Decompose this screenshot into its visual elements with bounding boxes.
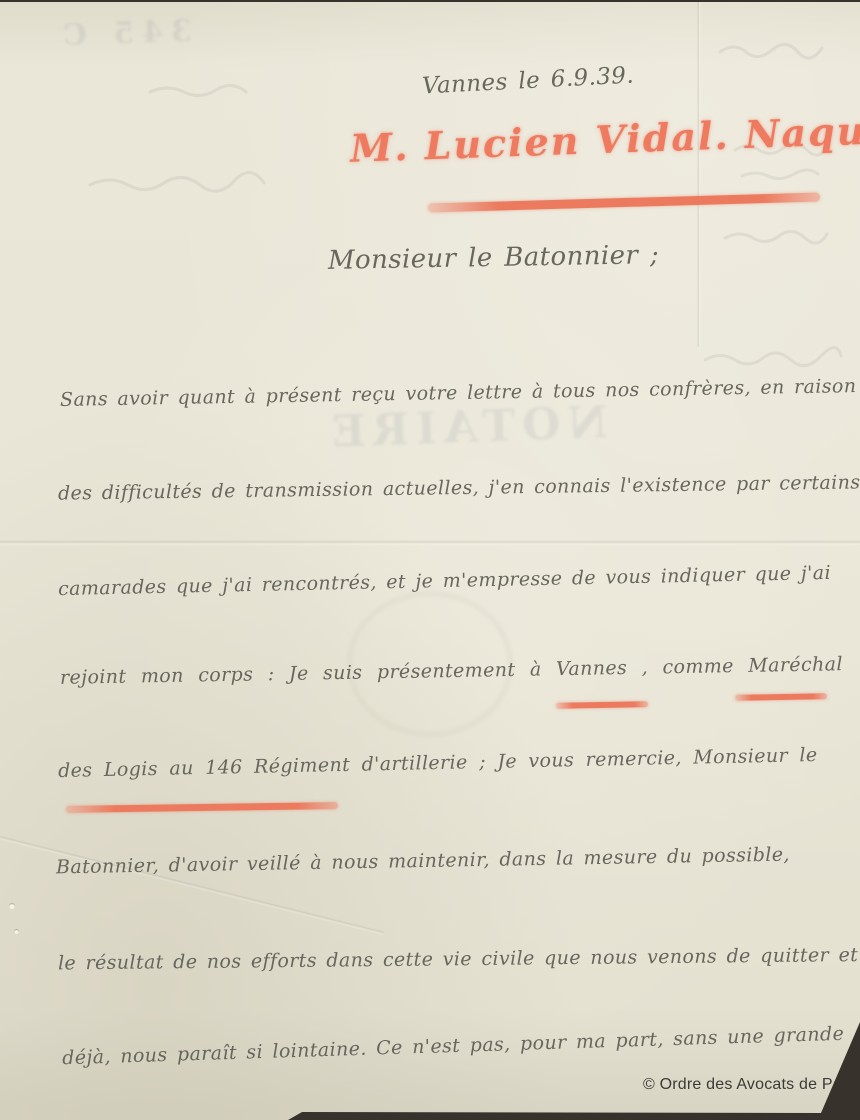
red-underline-vannes <box>556 701 648 709</box>
bleedthrough-mirrored-word: NOTAIRE <box>324 397 608 458</box>
horizontal-fold-crease <box>0 540 860 546</box>
letter-body-line: des difficultés de transmission actuelle… <box>58 471 860 504</box>
vertical-fold-crease <box>697 2 701 347</box>
pinhole <box>9 903 15 909</box>
letter-body-line: déjà, nous paraît si lointaine. Ce n'est… <box>62 1023 845 1070</box>
date-line: Vannes le 6.9.39. <box>421 62 634 99</box>
red-underline-marechal <box>735 693 827 701</box>
red-underline-regiment <box>66 802 338 813</box>
salutation-line: Monsieur le Batonnier ; <box>328 240 660 276</box>
letter-body-line: des Logis au 146 Régiment d'artillerie ;… <box>58 744 818 782</box>
letter-paper: 345 C NOTAIRE Vannes le 6.9.39. M. Lucie… <box>0 0 860 1120</box>
scanned-letter-page: 345 C NOTAIRE Vannes le 6.9.39. M. Lucie… <box>0 0 860 1120</box>
red-crayon-annotation: M. Lucien Vidal. Naquet <box>349 106 860 171</box>
copyright-credit: © Ordre des Avocats de Paris <box>643 1076 859 1094</box>
letter-body-line: Batonnier, d'avoir veillé à nous mainten… <box>56 844 790 879</box>
bleedthrough-stamp-digits: 345 C <box>54 14 192 54</box>
diagonal-crease <box>0 829 384 935</box>
red-underline-annotation <box>428 193 820 213</box>
letter-body-line: le résultat de nos efforts dans cette vi… <box>58 944 860 975</box>
pinhole <box>14 929 19 934</box>
